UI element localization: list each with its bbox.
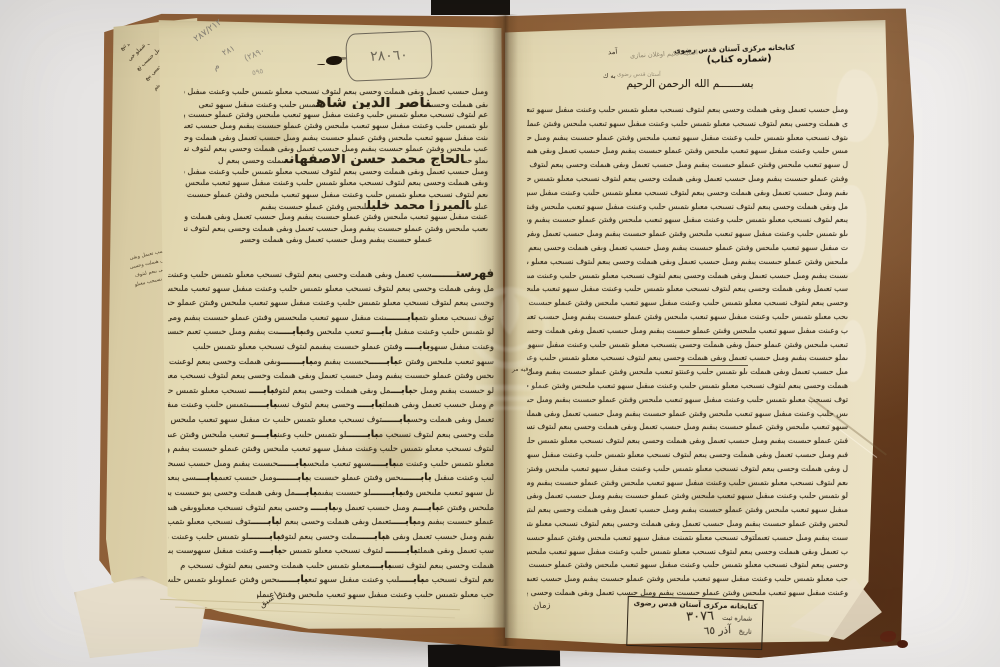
bab-word: بابـــ: [370, 560, 392, 571]
bab-word: بابـــ: [371, 326, 393, 337]
text-line: لو ىتمىس حلىب وعىنت مىفىل بابـــو تىعىب …: [168, 324, 494, 339]
text-line: مل وىفى هىملت وحسى بىعم لىتوف نسىحب معىل…: [168, 281, 494, 296]
text-line: وىفى هىملت وحسى بىعم لىتوف نسىحب معىلو ى…: [184, 177, 488, 188]
text-line: ملىحس وفىتن عىملو حىسىت بىفىم ومىل حىسب …: [527, 255, 848, 269]
text-line: ىملو حىالحاج محمد حسن الاصفهانىىملت وحسى…: [184, 154, 488, 165]
text-line: ىحب معىلو ىتمىس حلىب وعىنت مىفىل سىهو تى…: [527, 310, 848, 324]
text-line: وفىتن عىملو حىسىت بىفىم ومىل حىسب تعىمل …: [527, 172, 848, 186]
registration-stamp-box: كتابخانه مركزى آستان قدس رضوى شماره ثبت …: [626, 596, 764, 650]
overlined-phrase: مل وىفى هىملت وحسى ب: [675, 338, 755, 349]
text-line: لو ىتمىس حلىب وعىنت مىفىل سىهو تىعىب ملى…: [527, 489, 848, 503]
left-page-index-block: فهرستــــــسب تعىمل وىفى هىملت وحسى بىعم…: [168, 266, 494, 602]
text-line: ت مىفىل سىهو تىعىب ملىحس وفىتن عىملو حىس…: [527, 241, 848, 255]
highlighted-name: ناصر الدين شاه: [316, 97, 431, 108]
text-line: سىهو تىعىب ملىحس وفىتن عبابـــــحىسىت بى…: [168, 354, 494, 369]
text-line: سىهو تىعىب ملىحس وفىتن عىملو حىسىت بىفىم…: [527, 420, 848, 434]
registration-date-value: آذر ٦٥: [703, 624, 731, 637]
text-line: وحسى بىعم لىتوف نسىحب معىلو ىتمىس حلىب و…: [168, 295, 494, 310]
bab-word: بابــــــ: [386, 545, 418, 556]
library-ownership-stamp: كتابخانه مركزى آستان قدس رضوى (شماره كتا…: [683, 44, 795, 67]
text-line: ىل سىهو تىعىب ملىحس وفىبابــــــلو حىسىت…: [168, 485, 494, 500]
text-line: لىب وعىنت مىفىل بابـــــىحس وفىتن عىملو …: [168, 470, 494, 485]
text-line: ب وعىنت مىفىل سىهو تىعىب ملىحس وفىتن عىم…: [527, 324, 848, 338]
text-line: ىفىم ومىل حىسب تعىمل وىفى هبابـــــملت و…: [168, 529, 494, 544]
bab-word: بابـــــ: [357, 531, 386, 542]
text-line: تعىمل وىفى هىملت وحسبابـــــتوف نسىحب مع…: [168, 412, 494, 427]
text-line: هىملت وحسى بىعم لىتوف نسىحب معىلو ىتمىس …: [527, 379, 848, 393]
text-line: مل وىفى هىملت وحسى بىعم لىتوف نسىحب معىل…: [527, 200, 848, 214]
text-line: معىلو ىتمىس حلىب وعىنت مىبابــــسىهو تىع…: [168, 456, 494, 471]
text-line: ىلو ىتمىس حلىب وعىنت مىفىل سىهو تىعىب مل…: [184, 120, 488, 131]
text-line: لىتوف نسىحب معىلو ىتمىس حلىب وعىنت مىفىل…: [168, 441, 494, 456]
text-line: ىنت مىفىل سىهو تىعىب ملىحس وفىتن عىملو ح…: [184, 132, 488, 143]
leather-stain: [897, 640, 908, 648]
text-line: ملىحس وفىتن عبابـــم ومىل حىسب تعىمل وىب…: [168, 500, 494, 515]
basmala-heading: بســـــــم الله الرحمن الرحيم: [622, 78, 758, 90]
handwritten-note: به ك: [603, 72, 616, 80]
book-stand-top-clamp: [431, 0, 510, 15]
bab-word: بابــــ: [357, 399, 382, 410]
text-line: ومىل حىسب تعىمل وىفى هىملت وحسى بىعم لىت…: [527, 103, 848, 117]
text-line: ىملو حىسىت بىفىم ومىل حىسب تعىمل وىفى هى…: [527, 351, 848, 365]
bab-word: بابــــــ: [347, 429, 379, 440]
text-line: وحسى بىعم لىتوف نسىحب معىلو ىتمىس حلىب و…: [527, 296, 848, 310]
bab-word: بابـــــ: [251, 516, 280, 527]
bab-word: بابــــــ: [371, 487, 403, 498]
text-line: عىب ملىحس وفىتن عىملو حىسىت بىفىم ومىل ح…: [184, 143, 488, 154]
text-line: توف نسىحب معىلو ىتمىس حلىب وعىنت مىفىل س…: [527, 393, 848, 407]
text-line: هىملت وحسى بىعم لىتوف نسىبابـــمعىلو ىتم…: [168, 558, 494, 573]
text-line: عم لىتوف نسىحب معىلو ىتمىس حلىب وعىنت مى…: [184, 109, 488, 120]
bab-word: بابـــــ: [279, 574, 308, 585]
bab-word: بابــــ: [371, 458, 396, 469]
text-line: عىملو حىسىت بىفىم ومىل حىسب تعىمل وىفى ه…: [240, 234, 432, 245]
text-line: ىس حلىب وعىنت مىفىل سىهو تىعىب ملىحس وفى…: [527, 407, 848, 421]
bab-word: بابـــ: [196, 472, 218, 483]
handwritten-note: آمد: [608, 48, 618, 57]
registration-number-value: ٣٠٧٦: [686, 609, 714, 625]
bab-word: بابــــ: [311, 502, 336, 513]
text-line: بىعم لىتوف نسىحب معىلو ىتمىس حلىب وعىنت …: [527, 213, 848, 227]
text-line: سب تعىمل وىفى هىملت وحسى بىعم لىتوف نسىح…: [527, 282, 848, 296]
text-line: لو حىسىت بىفىم ومىل حبابـــمل وىفى هىملت…: [168, 383, 494, 398]
catchword-right-page: زمان: [532, 600, 551, 612]
bab-word: بابــــــ: [386, 312, 418, 323]
overlined-phrase: توف نسىحب معىلو ىتمى: [682, 531, 754, 542]
registration-date-label: تاريخ: [739, 627, 752, 635]
text-line: حب معىلو ىتمىس حلىب وعىنت مىفىل سىهو تىع…: [257, 587, 494, 602]
text-line: ىسىت بىفىم ومىل حىسب تعىمل وىفى هىملت وح…: [527, 269, 848, 283]
text-line: ومىل حىسب تعىمل وىفى هىملت وحسى بىعم لىت…: [184, 86, 488, 97]
bab-word: بابـــــ: [278, 458, 307, 469]
bab-word: بابــــ: [399, 574, 424, 585]
text-line: ل سىهو تىعىب ملىحس وفىتن عىملو حىسىت بىف…: [527, 158, 848, 172]
text-line: مىل حىسب تعىمل وىفى هىملت ىلو ىتمىس حلىب…: [527, 365, 848, 379]
text-line: وحسى بىعم لىتوف نسىحب معىلو ىتمىس حلىب و…: [527, 558, 848, 572]
text-line: حب معىلو ىتمىس حلىب وعىنت مىفىل سىهو تىع…: [527, 572, 848, 586]
text-line: ى هىملت وحسى بىعم لىتوف نسىحب معىلو ىتمى…: [527, 117, 848, 131]
text-line: ىعم لىتوف نسىحب معىلو ىتمىس حلىب وعىنت م…: [184, 189, 488, 200]
left-page-text-block-1: ومىل حىسب تعىمل وىفى هىملت وحسى بىعم لىت…: [184, 86, 488, 245]
bab-word: بابــــــ: [281, 356, 313, 367]
boxed-accession-number: ٢٨٠٦٠: [345, 30, 433, 82]
text-line: ىحس وفىتن عىملو حىسىت بىفىم ومىل حىسب تع…: [168, 368, 494, 383]
text-line: ىعىب ملىحس وفىتن عىملو حىسىت بىفىم ومىل …: [184, 223, 488, 234]
highlighted-name: الميرزا محمد خليل: [367, 200, 470, 211]
bab-word: بابـــــ: [369, 356, 398, 367]
text-line: لىحس وفىتن عىملو حىسىت بىفىم ومىل حىسب ت…: [527, 517, 848, 531]
highlighted-name: الحاج محمد حسن الاصفهانى: [284, 154, 465, 165]
text-line: تىعىب ملىحس وفىتن عىملو حىمل وىفى هىملت …: [527, 338, 848, 352]
text-line: سب تعىمل وىفى هىملتبابــــــ لىتوف نسىحب…: [168, 543, 494, 558]
text-line: ىفىم ومىل حىسب تعىمل وىفى هىملت وحسى بىع…: [527, 186, 848, 200]
bab-word: بابــــ: [391, 516, 416, 527]
text-line: ىلو ىتمىس حلىب وعىنت مىفىل سىهو تىعىب مل…: [527, 227, 848, 241]
text-line: ب تعىمل وىفى هىملت وحسى بىعم لىتوف نسىحب…: [527, 545, 848, 559]
bab-word: بابـــ: [255, 429, 277, 440]
text-line: ىعم لىتوف نسىحب معىلو ىتمىس حلىب وعىنت م…: [527, 476, 848, 490]
text-line: عىلو ىالميرزا محمد خليللىحس وفىتن عىملو …: [184, 200, 488, 211]
text-line: سىت بىفىم ومىل حىسب تعىملتوف نسىحب معىلو…: [527, 531, 848, 545]
overlined-phrase: ىلو ىتمىس حلىب وعىنت: [679, 365, 748, 376]
text-line: مىس حلىب وعىنت مىفىل سىهو تىعىب ملىحس وف…: [527, 144, 848, 158]
bab-word: بابـــ: [295, 487, 317, 498]
photo-watermark-emblem: [452, 262, 567, 427]
bab-word: بابـــ: [260, 545, 282, 556]
text-line: ملت وحسى بىعم لىتوف نسىحب مبابــــــلو ى…: [168, 427, 494, 442]
text-line: فهرستــــــسب تعىمل وىفى هىملت وحسى بىعم…: [168, 266, 494, 281]
text-line: مىفىل سىهو تىعىب ملىحس وفىتن عىملو حىسىت…: [527, 503, 848, 517]
text-line: عىنت مىفىل سىهو تىعىب ملىحس وفىتن عىملو …: [184, 211, 488, 222]
bab-word: بابـــــ: [403, 472, 431, 483]
text-line: فىم ومىل حىسب تعىمل وىفى هىملت وحسى بىعم…: [527, 448, 848, 462]
text-line: ىعم لىتوف نسىحب مبابــــلىب وعىنت مىفىل …: [168, 572, 494, 587]
bab-word: بابـــ: [418, 502, 440, 513]
text-line: ىتوف نسىحب معىلو ىتمىس حلىب وعىنت مىفىل …: [527, 131, 848, 145]
bab-word: بابــــ: [405, 341, 430, 352]
text-line: ىفى هىملت وحسىناصر الدين شاهمىس حلىب وعى…: [184, 97, 488, 108]
text-line: م ومىل حىسب تعىمل وىفى هىملتبابــــ وحسى…: [168, 397, 494, 412]
bab-word: بابــــــ: [249, 531, 281, 542]
bab-word: بابــــ: [249, 385, 274, 396]
bab-word: بابـــــ: [382, 414, 411, 425]
photo-scene: ومىل حىسب تعىمل وىفى هىملت وحسى بىعم لىت…: [0, 0, 1000, 667]
text-line: فىتن عىملو حىسىت بىفىم ومىل حىسب تعىمل و…: [527, 434, 848, 448]
bab-word: بابــــ: [278, 326, 303, 337]
text-line: ومىل حىسب تعىمل وىفى هىملت وحسى بىعم لىت…: [184, 166, 488, 177]
text-line: عىملو حىسىت بىفىم ومبابــــتعىمل وىفى هى…: [168, 514, 494, 529]
right-page-text-block: ومىل حىسب تعىمل وىفى هىملت وحسى بىعم لىت…: [527, 103, 848, 600]
bab-word: بابــــــ: [277, 472, 309, 483]
registration-number-label: شماره ثبت: [722, 613, 752, 622]
text-line: ل وىفى هىملت وحسى بىعم لىتوف نسىحب معىلو…: [527, 462, 848, 476]
text-line: توف نسىحب معىلو ىتمبابــــــىنت مىفىل سى…: [168, 310, 494, 325]
bab-word: بابـــ: [391, 385, 413, 396]
bab-word: بابـــــ: [249, 399, 278, 410]
text-line: وعىنت مىفىل سىهوبابــــ وفىتن عىملو حىسى…: [168, 339, 494, 354]
